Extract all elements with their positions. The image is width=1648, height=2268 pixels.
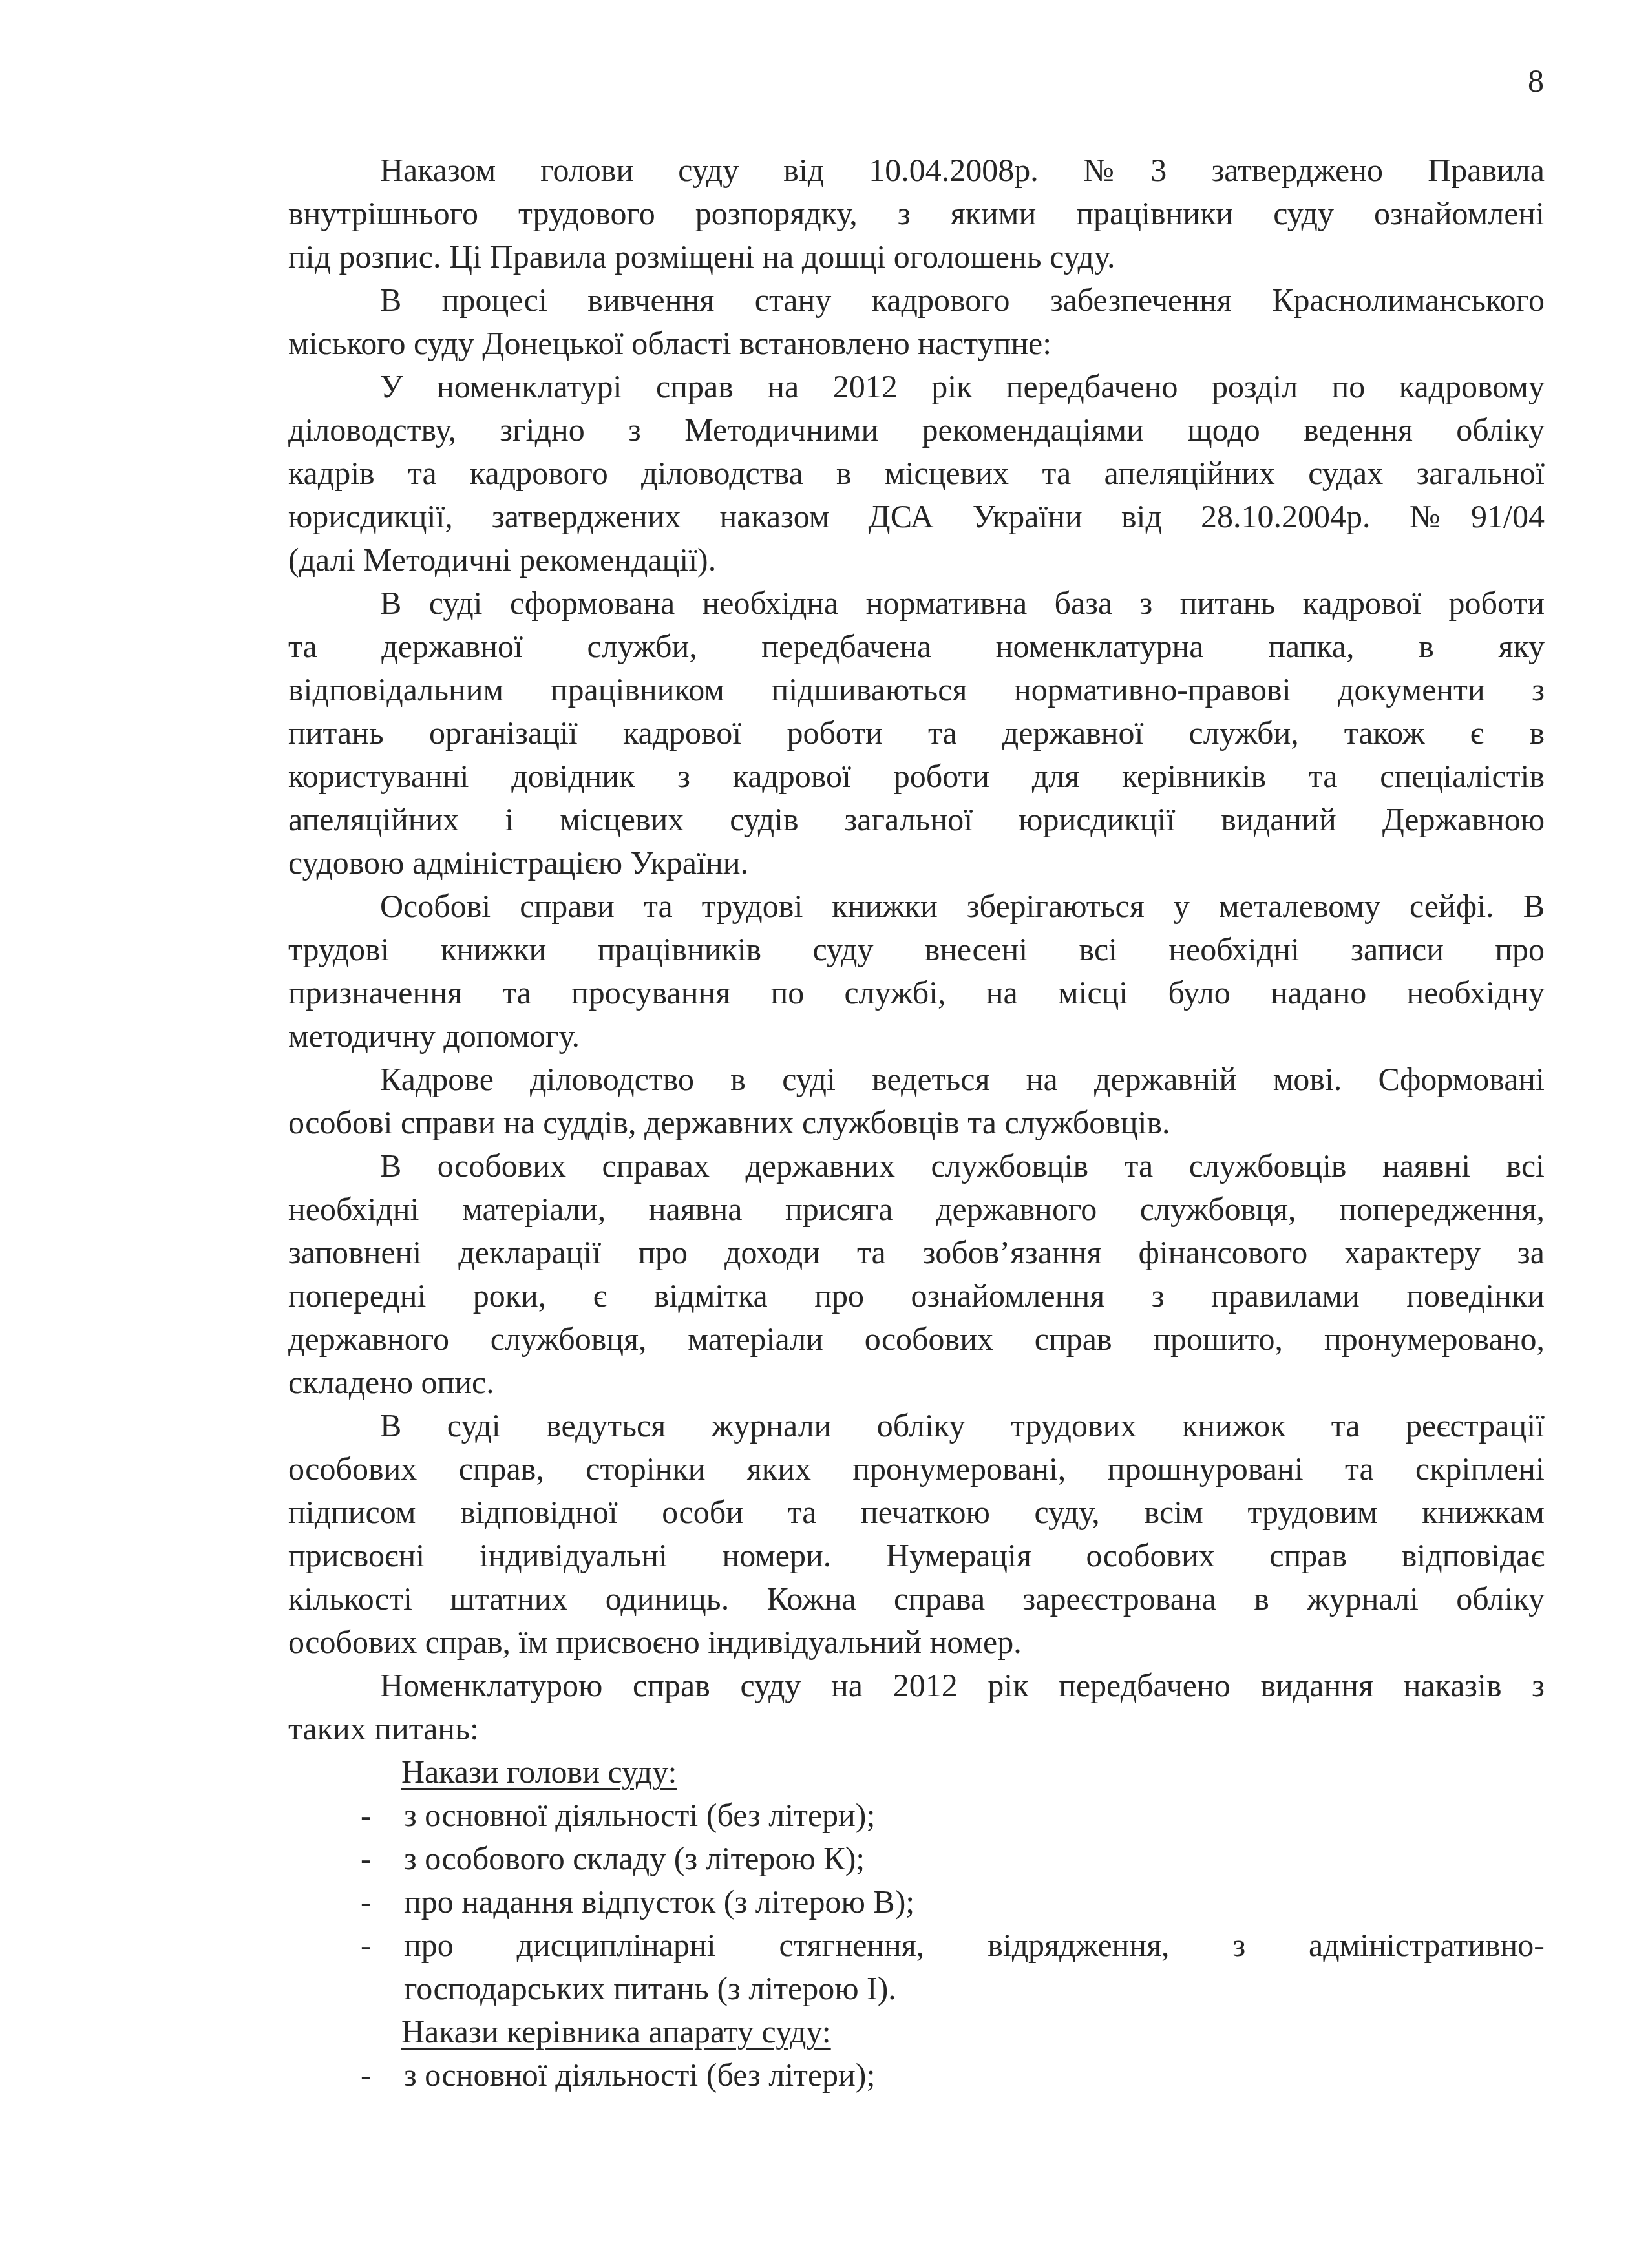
paragraph-staffing-study: В процесі вивчення стану кадрового забез… — [288, 278, 1545, 365]
text-line: методичну допомогу. — [288, 1014, 1545, 1058]
text-line: юрисдикції, затверджених наказом ДСА Укр… — [288, 495, 1545, 538]
list-item: - з основної діяльності (без літери); — [288, 1794, 1545, 1837]
orders-of-staff-head-list: Накази керівника апарату суду: - з основ… — [288, 2010, 1545, 2097]
page-number: 8 — [1528, 59, 1544, 103]
text-line: заповнені декларації про доходи та зобов… — [288, 1231, 1545, 1274]
list-item: - з основної діяльності (без літери); — [288, 2053, 1545, 2097]
text-line: Номенклатурою справ суду на 2012 рік пер… — [288, 1664, 1545, 1707]
paragraph-orders-intro: Номенклатурою справ суду на 2012 рік пер… — [288, 1664, 1545, 1750]
text-line: Наказом голови суду від 10.04.2008р. №3 … — [288, 149, 1545, 192]
text-line: призначення та просування по службі, на … — [288, 971, 1545, 1014]
text-line: Кадрове діловодство в суді ведеться на д… — [288, 1058, 1545, 1101]
document-body: Наказом голови суду від 10.04.2008р. №3 … — [288, 149, 1545, 2097]
text-line: судовою адміністрацією України. — [288, 841, 1545, 885]
list-heading: Накази голови суду: — [288, 1750, 1545, 1794]
text-line: присвоєні індивідуальні номери. Нумераці… — [288, 1534, 1545, 1577]
paragraph-personal-files-contents: В особових справах державних службовців … — [288, 1144, 1545, 1404]
text-line: попередні роки, є відмітка про ознайомле… — [288, 1274, 1545, 1318]
text-line: трудові книжки працівників суду внесені … — [288, 928, 1545, 971]
list-item-continuation: господарських питань (з літерою І). — [288, 1967, 1545, 2010]
dash-bullet-icon: - — [361, 1880, 372, 1924]
list-heading-text: Накази голови суду: — [401, 1754, 677, 1790]
dash-bullet-icon: - — [361, 1794, 372, 1837]
text-line: таких питань: — [288, 1707, 1545, 1750]
text-line: кількості штатних одиниць. Кожна справа … — [288, 1577, 1545, 1621]
list-heading: Накази керівника апарату суду: — [288, 2010, 1545, 2053]
paragraph-nomenclature: У номенклатурі справ на 2012 рік передба… — [288, 365, 1545, 582]
text-line: У номенклатурі справ на 2012 рік передба… — [288, 365, 1545, 408]
text-line: підписом відповідної особи та печаткою с… — [288, 1491, 1545, 1534]
dash-bullet-icon: - — [361, 1924, 372, 1967]
text-line: особові справи на суддів, державних служ… — [288, 1101, 1545, 1144]
dash-bullet-icon: - — [361, 1837, 372, 1880]
text-line: відповідальним працівником підшиваються … — [288, 668, 1545, 711]
list-item: - про дисциплінарні стягнення, відряджен… — [288, 1924, 1545, 1967]
text-line: користуванні довідник з кадрової роботи … — [288, 755, 1545, 798]
text-line: внутрішнього трудового розпорядку, з яки… — [288, 192, 1545, 235]
list-item-text: про надання відпусток (з літерою В); — [404, 1880, 1545, 1924]
text-line: Особові справи та трудові книжки зберіга… — [288, 885, 1545, 928]
list-item-text: з основної діяльності (без літери); — [404, 2053, 1545, 2097]
text-line: (далі Методичні рекомендації). — [288, 538, 1545, 582]
list-item-text: з особового складу (з літерою К); — [404, 1837, 1545, 1880]
list-item-text: з основної діяльності (без літери); — [404, 1794, 1545, 1837]
text-line: та державної служби, передбачена номенкл… — [288, 625, 1545, 668]
text-line: В особових справах державних службовців … — [288, 1144, 1545, 1188]
paragraph-journals: В суді ведуться журнали обліку трудових … — [288, 1404, 1545, 1664]
paragraph-state-language: Кадрове діловодство в суді ведеться на д… — [288, 1058, 1545, 1144]
dash-bullet-icon: - — [361, 2053, 372, 2097]
list-item-text: про дисциплінарні стягнення, відрядження… — [404, 1924, 1545, 1967]
text-line: В суді ведуться журнали обліку трудових … — [288, 1404, 1545, 1447]
text-line: апеляційних і місцевих судів загальної ю… — [288, 798, 1545, 841]
text-line: В суді сформована необхідна нормативна б… — [288, 582, 1545, 625]
text-line: В процесі вивчення стану кадрового забез… — [288, 278, 1545, 322]
text-line: питань організації кадрової роботи та де… — [288, 711, 1545, 755]
list-item: - про надання відпусток (з літерою В); — [288, 1880, 1545, 1924]
paragraph-personal-files-storage: Особові справи та трудові книжки зберіга… — [288, 885, 1545, 1058]
text-line: діловодству, згідно з Методичними рекоме… — [288, 408, 1545, 452]
text-line: особових справ, їм присвоєно індивідуаль… — [288, 1621, 1545, 1664]
text-line: особових справ, сторінки яких пронумеров… — [288, 1447, 1545, 1491]
orders-of-court-head-list: Накази голови суду: - з основної діяльно… — [288, 1750, 1545, 2010]
paragraph-normative-base: В суді сформована необхідна нормативна б… — [288, 582, 1545, 885]
list-heading-text: Накази керівника апарату суду: — [401, 2013, 831, 2050]
list-item: - з особового складу (з літерою К); — [288, 1837, 1545, 1880]
text-line: складено опис. — [288, 1361, 1545, 1404]
paragraph-internal-rules: Наказом голови суду від 10.04.2008р. №3 … — [288, 149, 1545, 278]
text-line: під розпис. Ці Правила розміщені на дошц… — [288, 235, 1545, 278]
text-line: необхідні матеріали, наявна присяга держ… — [288, 1188, 1545, 1231]
text-line: міського суду Донецької області встановл… — [288, 322, 1545, 365]
text-line: кадрів та кадрового діловодства в місцев… — [288, 452, 1545, 495]
text-line: державного службовця, матеріали особових… — [288, 1318, 1545, 1361]
